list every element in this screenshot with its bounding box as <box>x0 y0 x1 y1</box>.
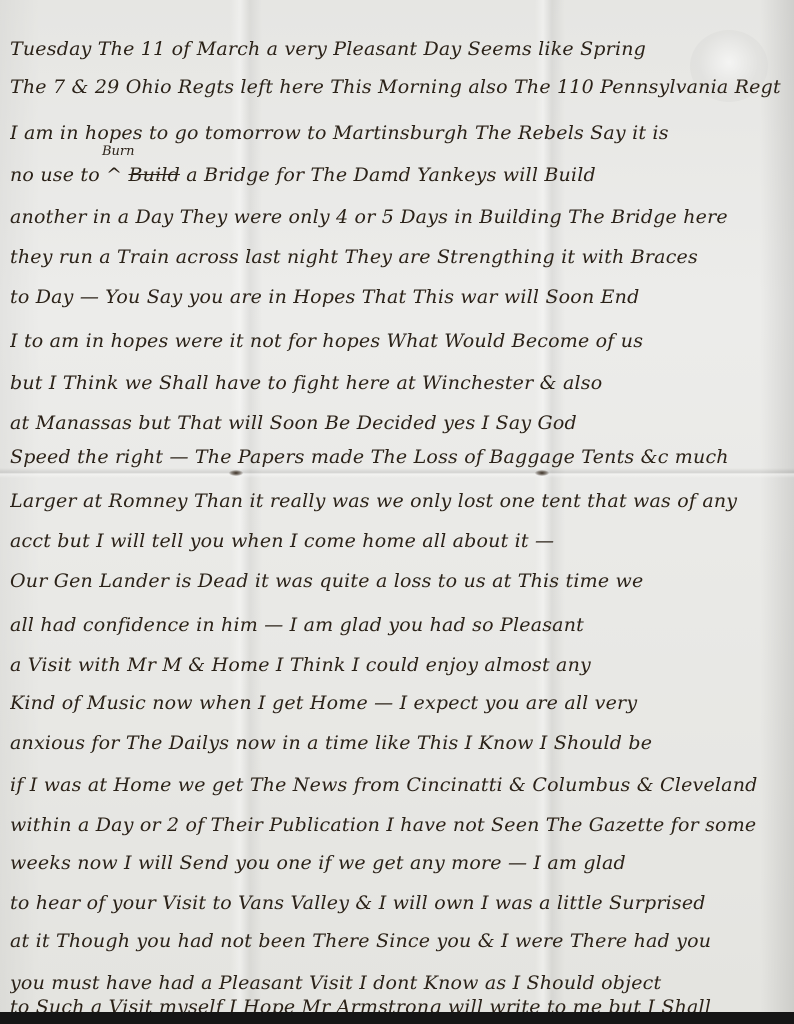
text-line: but I Think we Shall have to fight here … <box>10 372 788 394</box>
fold-wear-spot <box>535 470 549 476</box>
text-line: within a Day or 2 of Their Publication I… <box>10 814 788 836</box>
text-line: to Day — You Say you are in Hopes That T… <box>10 286 788 308</box>
text-line: no use to ^ Build a Bridge for The Damd … <box>10 164 788 186</box>
text-line: Larger at Romney Than it really was we o… <box>10 490 788 512</box>
text-line: they run a Train across last night They … <box>10 246 788 268</box>
text-line: The 7 & 29 Ohio Regts left here This Mor… <box>10 76 788 98</box>
interlinear-insertion: Burn <box>102 144 135 159</box>
text-line: to hear of your Visit to Vans Valley & I… <box>10 892 788 914</box>
text-line: Kind of Music now when I get Home — I ex… <box>10 692 788 714</box>
text-line: weeks now I will Send you one if we get … <box>10 852 788 874</box>
text-line: you must have had a Pleasant Visit I don… <box>10 972 788 994</box>
fold-wear-spot <box>229 470 243 476</box>
text-line: acct but I will tell you when I come hom… <box>10 530 788 552</box>
text-line: anxious for The Dailys now in a time lik… <box>10 732 788 754</box>
struck-word: Build <box>128 164 180 186</box>
text-line: all had confidence in him — I am glad yo… <box>10 614 788 636</box>
text-line: I am in hopes to go tomorrow to Martinsb… <box>10 122 788 144</box>
text-line: if I was at Home we get The News from Ci… <box>10 774 788 796</box>
scan-border <box>0 1012 794 1024</box>
text-line: Speed the right — The Papers made The Lo… <box>10 446 788 468</box>
text-line: I to am in hopes were it not for hopes W… <box>10 330 788 352</box>
text-line: to Such a Visit myself I Hope Mr Armstro… <box>10 996 788 1012</box>
horizontal-fold-crease <box>0 468 794 478</box>
text-line: another in a Day They were only 4 or 5 D… <box>10 206 788 228</box>
text-line: at Manassas but That will Soon Be Decide… <box>10 412 788 434</box>
text-line: Tuesday The 11 of March a very Pleasant … <box>10 38 788 60</box>
text-line: a Visit with Mr M & Home I Think I could… <box>10 654 788 676</box>
text-line: at it Though you had not been There Sinc… <box>10 930 788 952</box>
letter-page: Tuesday The 11 of March a very Pleasant … <box>0 0 794 1012</box>
text-line: Our Gen Lander is Dead it was quite a lo… <box>10 570 788 592</box>
